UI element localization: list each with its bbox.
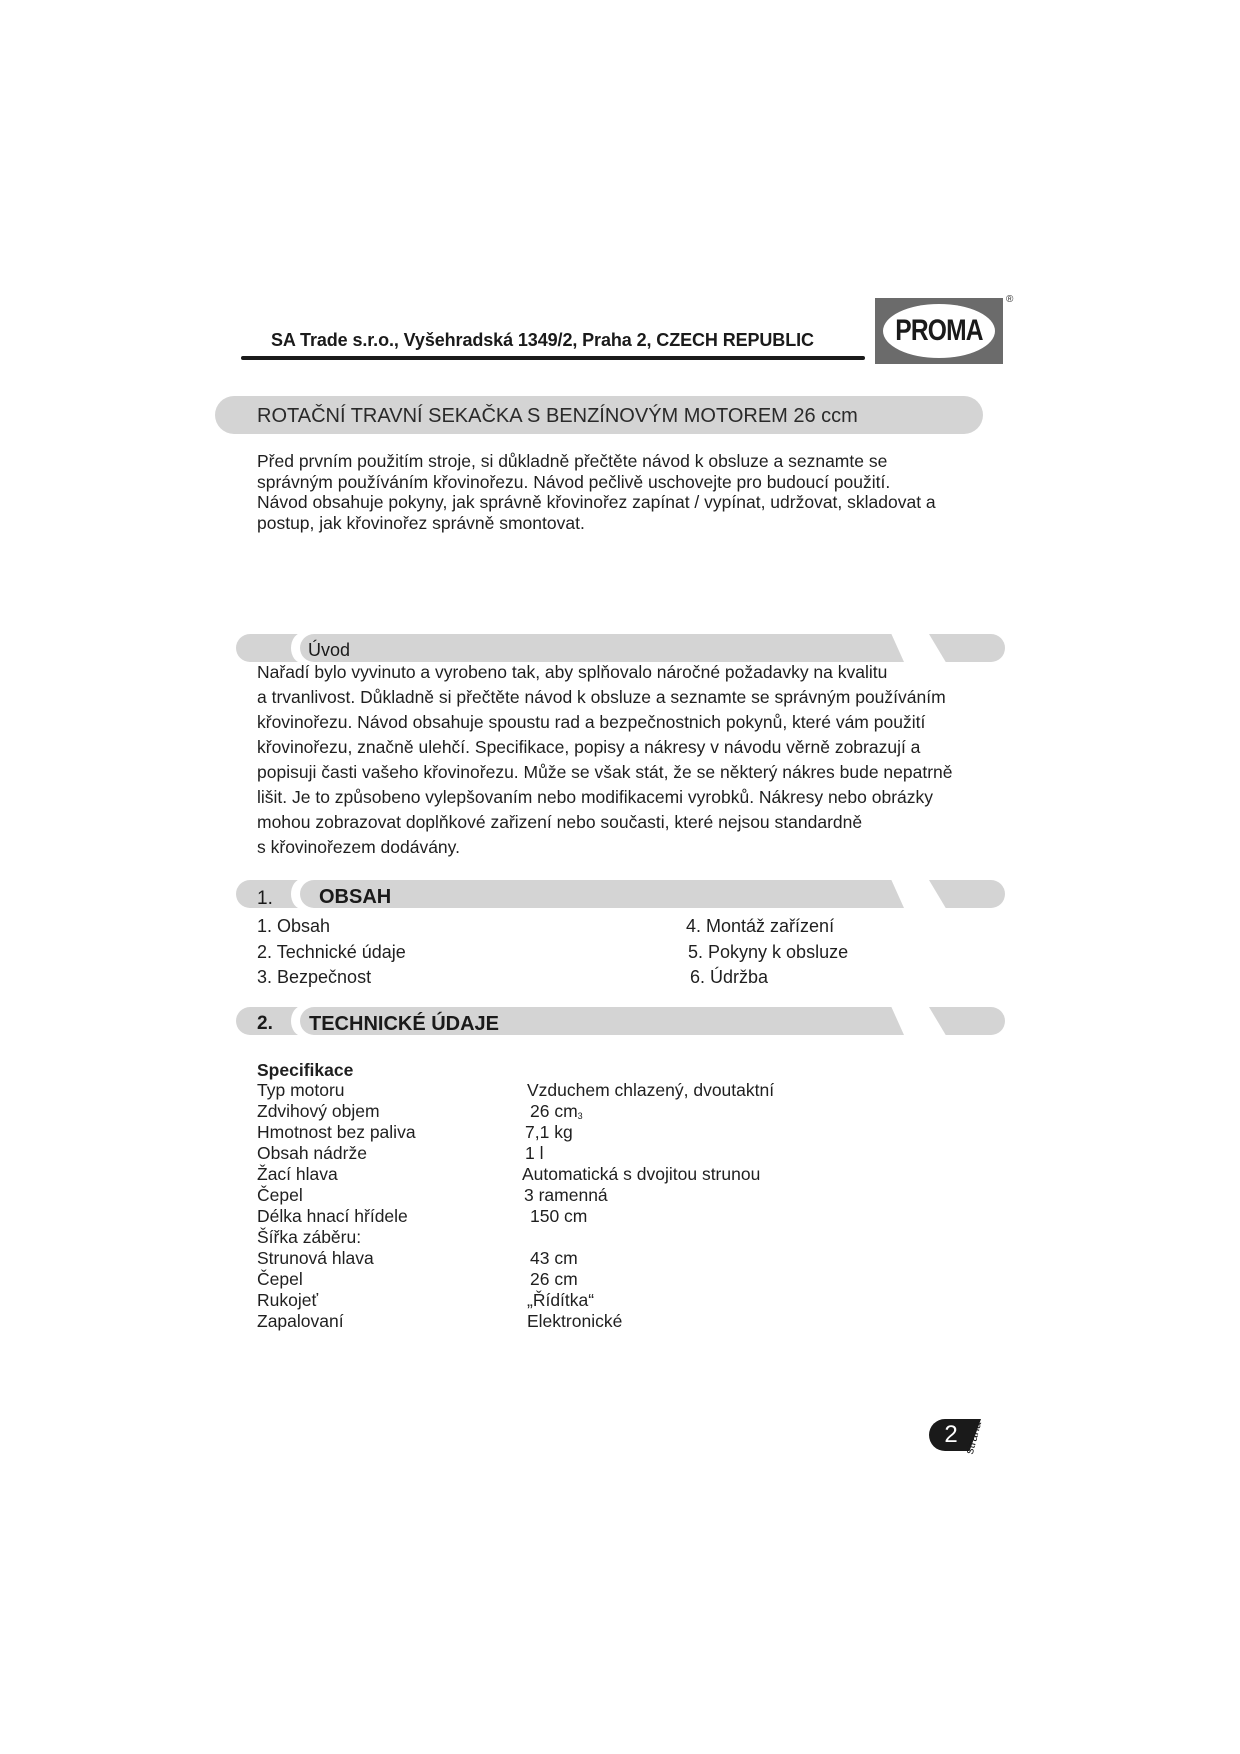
spec-label: Čepel — [257, 1269, 303, 1290]
uvod-line: mohou zobrazovat doplňkové zařizení nebo… — [257, 810, 1007, 835]
spec-value: 43 cm — [530, 1248, 578, 1269]
spec-label: Obsah nádrže — [257, 1143, 367, 1164]
toc-item[interactable]: 6. Údržba — [686, 965, 848, 991]
spec-label: Žací hlava — [257, 1164, 338, 1185]
company-address: SA Trade s.r.o., Vyšehradská 1349/2, Pra… — [271, 330, 814, 351]
section-number-obsah: 1. — [257, 888, 273, 910]
uvod-line: křovinořezu. Návod obsahuje spoustu rad … — [257, 710, 1007, 735]
toc-item[interactable]: 2. Technické údaje — [257, 940, 406, 966]
section-bar-uvod — [236, 634, 1005, 662]
spec-label: Hmotnost bez paliva — [257, 1122, 416, 1143]
spec-value: 26 cm — [530, 1269, 578, 1290]
toc-item[interactable]: 4. Montáž zařízení — [686, 914, 848, 940]
intro-paragraph: Před prvním použitím stroje, si důkladně… — [257, 451, 997, 533]
uvod-line: lišit. Je to způsobeno vylepšovaním nebo… — [257, 785, 1007, 810]
uvod-line: s křovinořezem dodávány. — [257, 835, 1007, 860]
spec-label: Typ motoru — [257, 1080, 345, 1101]
uvod-line: popisuji časti vašeho křovinořezu. Může … — [257, 760, 1007, 785]
spec-value: Elektronické — [527, 1311, 622, 1332]
spec-value: 1 l — [525, 1143, 543, 1164]
toc-left-column: 1. Obsah 2. Technické údaje 3. Bezpečnos… — [257, 914, 406, 991]
uvod-line: křovinořezu, značně ulehčí. Specifikace,… — [257, 735, 1007, 760]
spec-value: Vzduchem chlazený, dvoutaktní — [527, 1080, 774, 1101]
spec-label: Rukojeť — [257, 1290, 318, 1311]
intro-line: Před prvním použitím stroje, si důkladně… — [257, 451, 997, 472]
spec-value: „Řídítka“ — [527, 1290, 594, 1311]
section-heading-obsah: OBSAH — [319, 886, 391, 909]
uvod-line: a trvanlivost. Důkladně si přečtěte návo… — [257, 685, 1007, 710]
spec-label: Šířka záběru: — [257, 1227, 361, 1248]
spec-label: Strunová hlava — [257, 1248, 374, 1269]
bar-tail — [876, 880, 904, 908]
bar-right-cap — [929, 1007, 1005, 1035]
spec-value: 150 cm — [530, 1206, 587, 1227]
bar-tail — [876, 1007, 904, 1035]
bar-tail — [876, 634, 904, 662]
toc-item[interactable]: 1. Obsah — [257, 914, 406, 940]
toc-item[interactable]: 5. Pokyny k obsluze — [686, 940, 848, 966]
spec-label: Délka hnací hřídele — [257, 1206, 408, 1227]
intro-line: správným používáním křovinořezu. Návod p… — [257, 472, 997, 493]
header-rule — [241, 356, 865, 360]
spec-label: Zdvihový objem — [257, 1101, 380, 1122]
toc-item[interactable]: 3. Bezpečnost — [257, 965, 406, 991]
spec-value: Automatická s dvojitou strunou — [522, 1164, 760, 1185]
intro-line: Návod obsahuje pokyny, jak správně křovi… — [257, 492, 997, 513]
document-title: ROTAČNÍ TRAVNÍ SEKAČKA S BENZÍNOVÝM MOTO… — [257, 405, 858, 428]
uvod-line: Nařadí bylo vyvinuto a vyrobeno tak, aby… — [257, 660, 1007, 685]
spec-heading: Specifikace — [257, 1060, 353, 1081]
spec-value: 7,1 kg — [525, 1122, 573, 1143]
intro-line: postup, jak křovinořez správně smontovat… — [257, 513, 997, 534]
registered-mark: ® — [1006, 294, 1013, 305]
section-heading-uvod: Úvod — [308, 640, 350, 661]
spec-label: Čepel — [257, 1185, 303, 1206]
bar-right-cap — [929, 880, 1005, 908]
proma-logo: PROMA — [875, 298, 1003, 364]
logo-text: PROMA — [887, 298, 992, 364]
spec-label: Zapalovaní — [257, 1311, 344, 1332]
uvod-paragraph: Nařadí bylo vyvinuto a vyrobeno tak, aby… — [257, 660, 1007, 860]
spec-value: 3 ramenná — [524, 1185, 608, 1206]
bar-right-cap — [929, 634, 1005, 662]
toc-right-column: 4. Montáž zařízení 5. Pokyny k obsluze 6… — [686, 914, 848, 991]
bar-main — [300, 634, 886, 662]
section-heading-technical: TECHNICKÉ ÚDAJE — [309, 1013, 499, 1036]
section-number-technical: 2. — [257, 1013, 273, 1035]
